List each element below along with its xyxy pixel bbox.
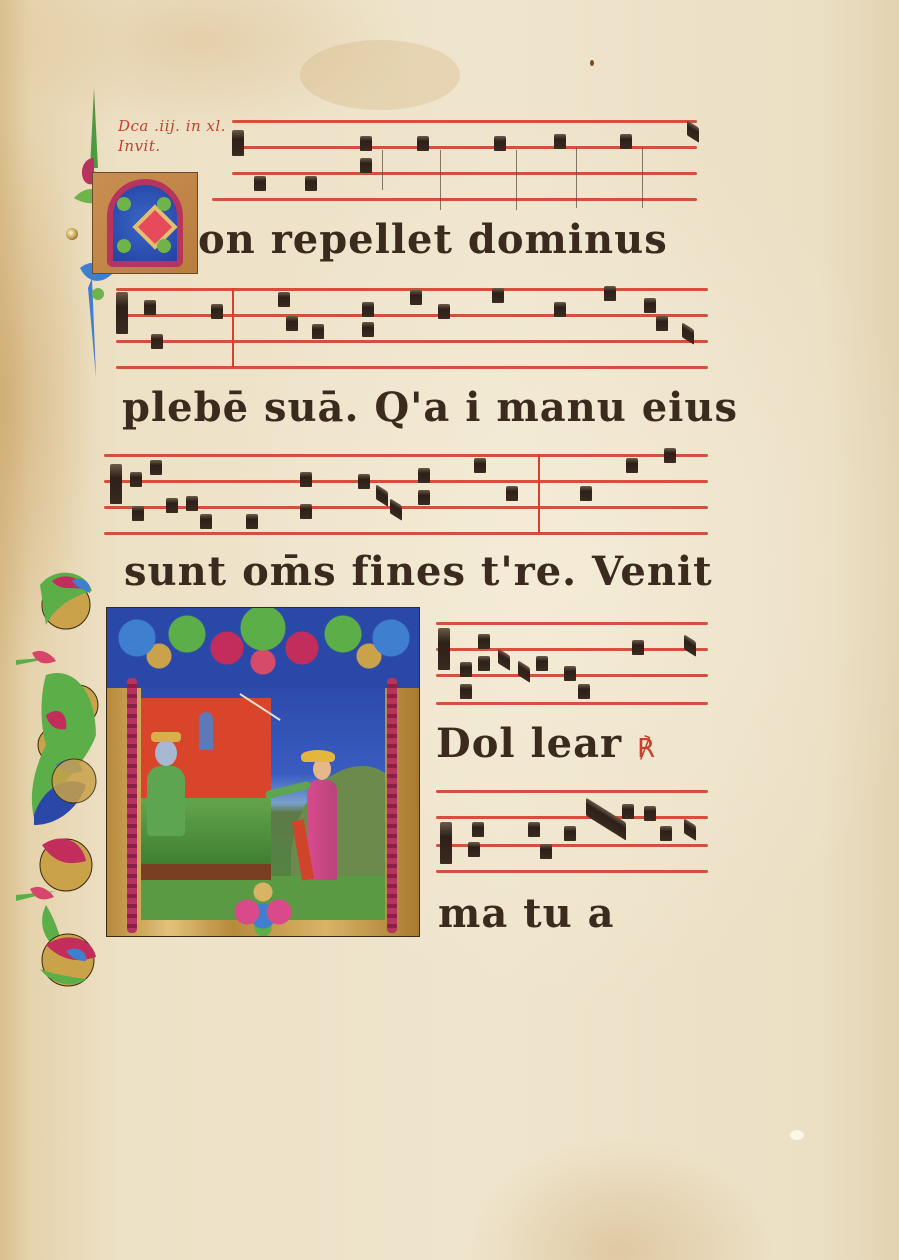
leaf-icon: [117, 197, 131, 211]
stain: [790, 1130, 804, 1140]
lyric-line-4: Dol lear ℟: [436, 722, 656, 771]
lyric-line-5: ma tu a: [438, 892, 615, 936]
lyric-line-2: plebē suā. Q'a i manu eius: [122, 386, 738, 430]
historiated-initial-miniature: [106, 607, 420, 937]
bottom-ornament: [233, 878, 293, 936]
left-column: [127, 678, 137, 933]
response-mark-icon: ℟: [637, 734, 656, 764]
rubric: Dca .iij. in xl. Invit.: [118, 116, 226, 156]
stain: [590, 60, 594, 66]
decorated-initial-n: [92, 172, 198, 274]
parchment-leaf: Dca .iij. in xl. Invit.: [0, 0, 899, 1260]
rubric-line-1: Dca .iij. in xl.: [118, 116, 226, 136]
staff-1: [232, 114, 697, 194]
staff-3: [104, 448, 708, 538]
rosette-icon: [132, 204, 177, 249]
lyric-line-1: on repellet dominus: [198, 218, 668, 262]
staff-5: [436, 786, 708, 876]
leaf-icon: [157, 197, 171, 211]
staff-4: [436, 618, 708, 708]
marginal-border-ornament: [16, 565, 110, 1000]
archer-figure: [307, 780, 337, 880]
lyric-line-4-text: Dol lear: [436, 720, 622, 767]
staff-2: [116, 282, 708, 372]
seated-old-man-figure: [147, 766, 185, 836]
initial-blue-field: [107, 179, 183, 267]
stain: [300, 40, 460, 110]
arched-window: [199, 712, 213, 750]
acanthus-border-top: [107, 608, 419, 688]
leaf-icon: [117, 239, 131, 253]
lyric-line-3: sunt om̄s fines t're. Venit: [124, 550, 713, 594]
rubric-line-2: Invit.: [118, 136, 226, 156]
right-column: [387, 678, 397, 933]
leaf-icon: [157, 239, 171, 253]
